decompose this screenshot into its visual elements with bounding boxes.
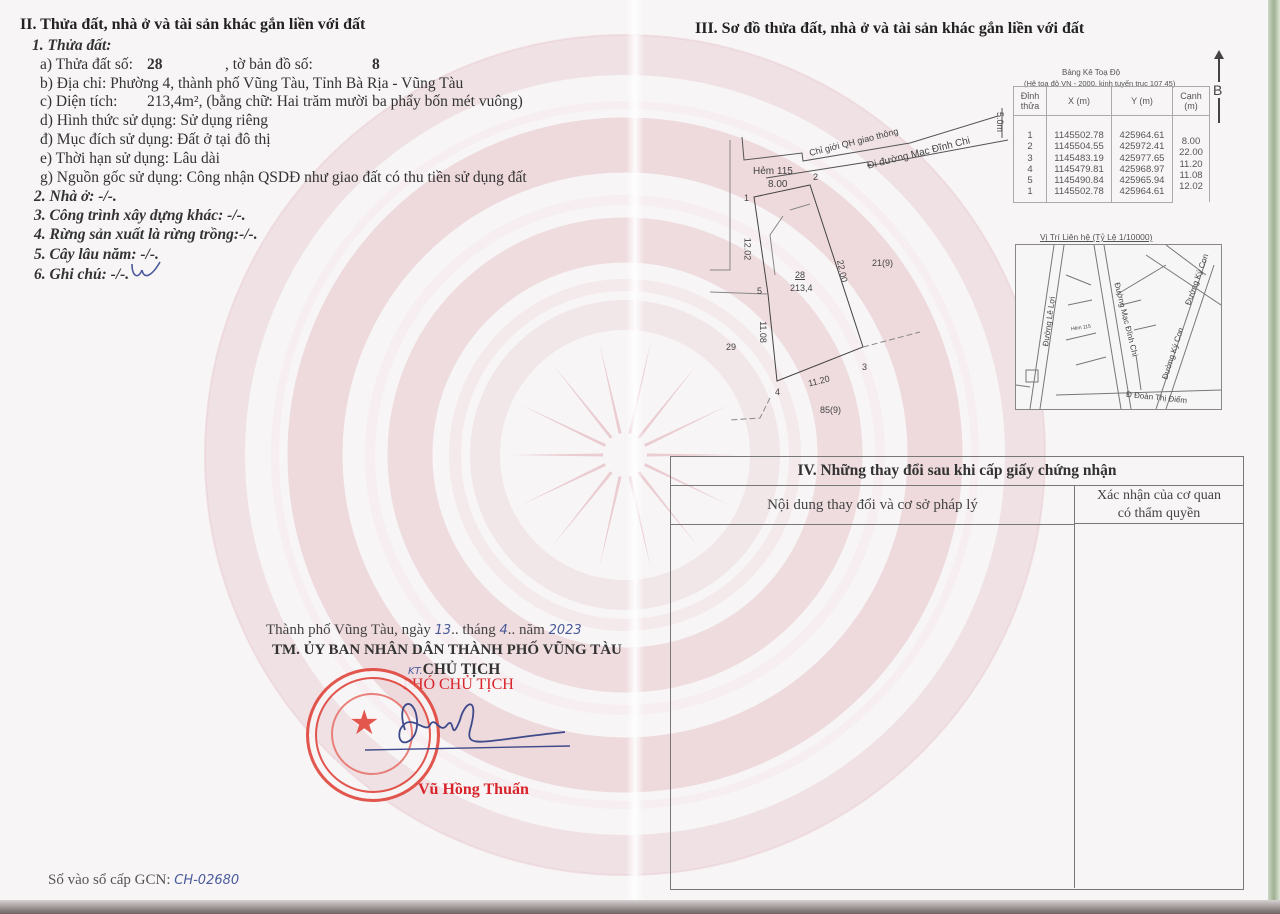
edge-5-1-label: 12.02 — [742, 238, 752, 261]
map-sheet-number: 8 — [372, 56, 380, 74]
parcel-number: 28 — [147, 56, 163, 74]
section4-title: IV. Những thay đổi sau khi cấp giấy chứn… — [671, 457, 1243, 486]
coord-cell-x: 1145483.19 — [1047, 153, 1112, 164]
house: 2. Nhà ở: -/-. — [34, 188, 117, 206]
vertex-2: 2 — [813, 172, 818, 182]
col-x: X (m) — [1047, 87, 1112, 116]
registry-number: Số vào sổ cấp GCN: CH-02680 — [48, 872, 239, 889]
notes: 6. Ghi chú: -/-. — [34, 266, 129, 284]
date-year: 2023 — [549, 623, 582, 638]
changes-content-cell — [671, 525, 1075, 888]
coord-row: 11145502.78425964.618.0022.0011.2011.081… — [1014, 116, 1210, 142]
parcel-area-label: 213,4 — [790, 283, 813, 293]
date-day: 13 — [435, 623, 452, 638]
coord-cell-x: 1145504.55 — [1047, 141, 1112, 152]
authority-confirmation-header: Xác nhận của cơ quan có thẩm quyền — [1075, 486, 1243, 524]
alley-label: Hẻm 115 — [753, 166, 793, 177]
use-origin: g) Nguồn gốc sử dụng: Công nhận QSDĐ như… — [40, 169, 527, 187]
paper-bottom-edge — [0, 900, 1280, 914]
neighbor-bottom-label: 85(9) — [820, 405, 841, 415]
production-forest: 4. Rừng sản xuất là rừng trồng:-/-. — [34, 226, 258, 244]
year-label: năm — [519, 622, 545, 638]
vertex-1: 1 — [744, 193, 749, 203]
changes-table: IV. Những thay đổi sau khi cấp giấy chứn… — [670, 456, 1244, 890]
parcel-label: a) Thửa đất số: — [40, 56, 133, 74]
registry-value: CH-02680 — [174, 873, 239, 888]
coord-cell-y: 425965.94 — [1112, 175, 1173, 186]
road-width-label: 5.0m — [995, 112, 1005, 132]
other-construction: 3. Công trình xây dựng khác: -/-. — [34, 207, 246, 225]
coord-cell-edges: 8.0022.0011.2011.0812.02 — [1173, 116, 1210, 203]
coordinate-table: Đỉnh thửa X (m) Y (m) Cạnh (m) 11145502.… — [1013, 86, 1210, 203]
paper-right-edge — [1268, 0, 1280, 914]
place-date: Thành phố Vũng Tàu, ngày 13.. tháng 4.. … — [266, 622, 582, 639]
edge-length: 11.20 — [1177, 159, 1205, 170]
edge-length: 11.08 — [1177, 170, 1205, 181]
issuing-org: TM. ỦY BAN NHÂN DÂN THÀNH PHỐ VŨNG TÀU — [272, 642, 622, 659]
parcel-number-label: 28 — [795, 270, 805, 280]
edge-1-2-label: 8.00 — [768, 179, 787, 190]
page-fold — [626, 0, 644, 900]
use-form: d) Hình thức sử dụng: Sử dụng riêng — [40, 112, 268, 130]
date-month: 4 — [499, 623, 507, 638]
section2-title: II. Thửa đất, nhà ở và tài sản khác gắn … — [20, 16, 365, 34]
col-edge: Cạnh (m) — [1173, 87, 1210, 116]
location-map-title: Vị Trí Liên hệ (Tỷ Lệ 1/10000) — [1040, 232, 1152, 242]
coord-cell-x: 1145490.84 — [1047, 175, 1112, 186]
land-heading: 1. Thửa đất: — [32, 37, 111, 55]
location-map: Đường Lê Lợi Đường Mạc Đĩnh Chi Đường Ký… — [1015, 244, 1222, 410]
coord-cell-x: 1145502.78 — [1047, 186, 1112, 202]
section3-title: III. Sơ đồ thửa đất, nhà ở và tài sản kh… — [695, 20, 1084, 38]
vertex-3: 3 — [862, 362, 867, 372]
month-label: tháng — [462, 622, 495, 638]
coord-cell-y: 425977.65 — [1112, 153, 1173, 164]
address: b) Địa chỉ: Phường 4, thành phố Vũng Tàu… — [40, 75, 463, 93]
coord-cell-y: 425964.61 — [1112, 116, 1173, 142]
initial-mark-icon — [128, 258, 164, 284]
vertex-4: 4 — [775, 387, 780, 397]
coord-cell-x: 1145502.78 — [1047, 116, 1112, 142]
edge-4-5-label: 11.08 — [758, 321, 768, 343]
coord-cell-y: 425972.41 — [1112, 141, 1173, 152]
neighbor-left-label: 29 — [726, 342, 736, 352]
map-sheet-label: , tờ bản đồ số: — [225, 56, 313, 74]
north-label: B — [1213, 82, 1222, 98]
authority-header-line2: có thẩm quyền — [1075, 505, 1243, 523]
coord-table-title: Bảng Kê Toạ Độ — [1062, 68, 1120, 77]
coord-cell-y: 425964.61 — [1112, 186, 1173, 202]
col-y: Y (m) — [1112, 87, 1173, 116]
coord-cell-x: 1145479.81 — [1047, 164, 1112, 175]
registry-label: Số vào sổ cấp GCN: — [48, 872, 171, 888]
area-value: 213,4m², (bằng chữ: Hai trăm mười ba phẩ… — [147, 93, 523, 111]
edge-length: 12.02 — [1177, 181, 1205, 192]
use-term: e) Thời hạn sử dụng: Lâu dài — [40, 150, 220, 168]
use-purpose: đ) Mục đích sử dụng: Đất ở tại đô thị — [40, 131, 271, 149]
authority-confirmation-cell — [1075, 525, 1243, 888]
authority-header-line1: Xác nhận của cơ quan — [1075, 487, 1243, 505]
place-date-prefix: Thành phố Vũng Tàu, ngày — [266, 622, 431, 638]
vertex-5: 5 — [757, 286, 762, 296]
edge-length: 22.00 — [1177, 147, 1205, 158]
signer-name: Vũ Hồng Thuấn — [418, 781, 529, 799]
neighbor-right-label: 21(9) — [872, 258, 893, 268]
area-label: c) Diện tích: — [40, 93, 117, 111]
coord-cell-y: 425968.97 — [1112, 164, 1173, 175]
edge-length: 8.00 — [1177, 136, 1205, 147]
changes-content-header: Nội dung thay đổi và cơ sở pháp lý — [671, 486, 1075, 525]
handwritten-signature — [355, 690, 585, 760]
parcel-diagram — [700, 100, 1020, 430]
